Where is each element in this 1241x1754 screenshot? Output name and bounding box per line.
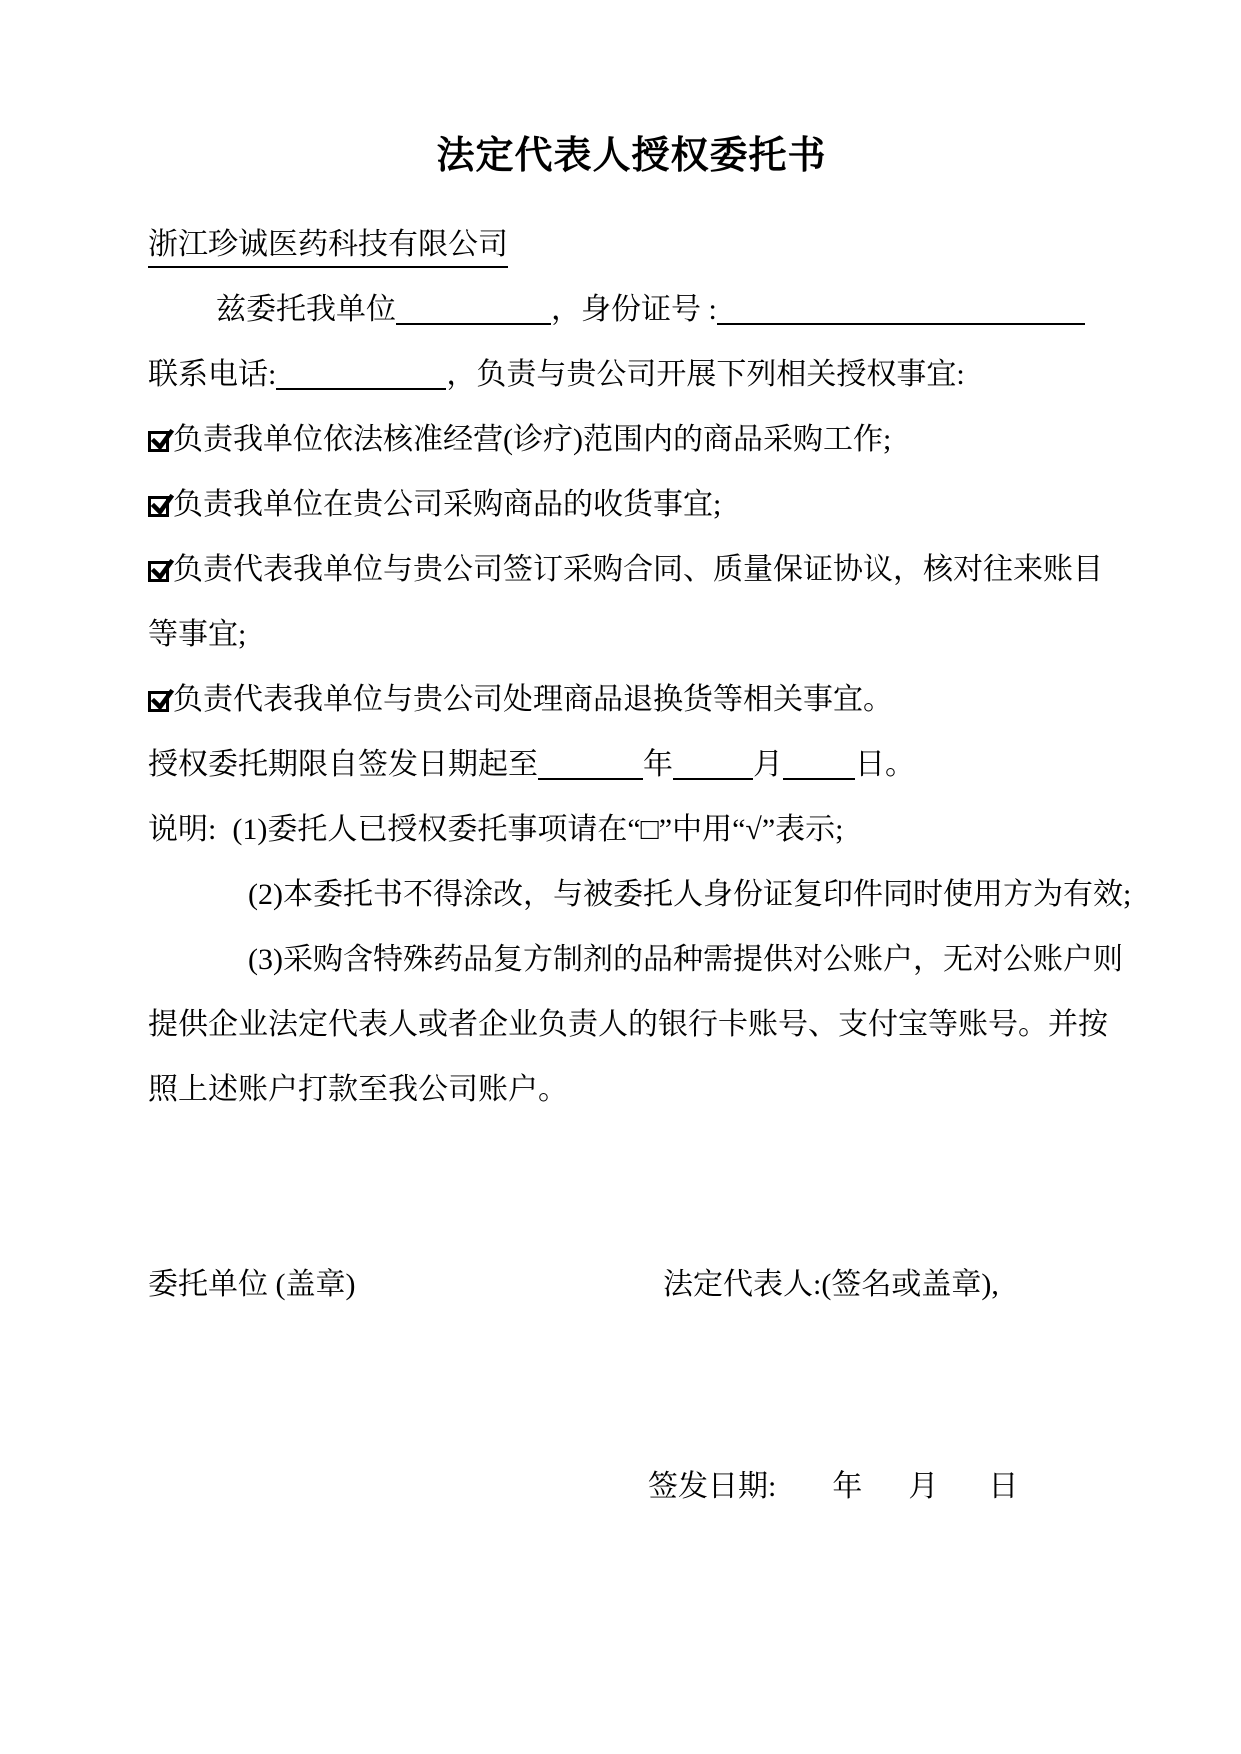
issue-date-row: 签发日期:年月日 xyxy=(148,1454,1115,1519)
issue-date-label: 签发日期: xyxy=(648,1470,776,1503)
document-page: 法定代表人授权委托书 浙江珍诚医药科技有限公司 兹委托我单位，身份证号 : 联系… xyxy=(0,0,1241,1754)
phone-blank[interactable] xyxy=(276,360,446,390)
company-name-line: 浙江珍诚医药科技有限公司 xyxy=(148,212,1115,277)
issue-day-label: 日 xyxy=(988,1470,1018,1503)
issue-year-label: 年 xyxy=(832,1470,862,1503)
validity-prefix-label: 授权委托期限自签发日期起至 xyxy=(148,748,538,781)
issue-month-label: 月 xyxy=(908,1470,938,1503)
document-title: 法定代表人授权委托书 xyxy=(148,132,1115,180)
authorization-item-1: 负责我单位依法核准经营(诊疗)范围内的商品采购工作; xyxy=(148,407,1115,472)
checkmark-icon xyxy=(149,428,175,454)
year-blank[interactable] xyxy=(538,750,643,780)
authorization-item-text: 负责我单位在贵公司采购商品的收货事宜; xyxy=(173,488,721,521)
checkmark-icon xyxy=(149,688,175,714)
checked-checkbox-icon[interactable] xyxy=(148,431,169,452)
notes-line-3-continuation-1: 提供企业法定代表人或者企业负责人的银行卡账号、支付宝等账号。并按 xyxy=(148,992,1115,1057)
entrust-unit-seal-label: 委托单位 (盖章) xyxy=(148,1252,663,1317)
notes-line-3: (3)采购含特殊药品复方制剂的品种需提供对公账户，无对公账户则 xyxy=(148,927,1115,992)
id-number-blank[interactable] xyxy=(717,295,1085,325)
day-blank[interactable] xyxy=(783,750,855,780)
notes-line-1: 说明:(1)委托人已授权委托事项请在“□”中用“√”表示; xyxy=(148,797,1115,862)
checkmark-icon xyxy=(149,558,175,584)
note-3-text: 照上述账户打款至我公司账户。 xyxy=(148,1073,568,1106)
note-2-text: (2)本委托书不得涂改，与被委托人身份证复印件同时使用方为有效; xyxy=(248,878,1131,911)
blank-space xyxy=(148,1317,1115,1454)
validity-period-line: 授权委托期限自签发日期起至年月日。 xyxy=(148,732,1115,797)
authorization-item-text: 负责我单位依法核准经营(诊疗)范围内的商品采购工作; xyxy=(173,423,891,456)
authorization-item-2: 负责我单位在贵公司采购商品的收货事宜; xyxy=(148,472,1115,537)
blank-space xyxy=(148,1122,1115,1252)
authorization-item-text: 等事宜; xyxy=(148,618,246,651)
note-3-text: (3)采购含特殊药品复方制剂的品种需提供对公账户，无对公账户则 xyxy=(248,943,1123,976)
notes-line-2: (2)本委托书不得涂改，与被委托人身份证复印件同时使用方为有效; xyxy=(148,862,1115,927)
authorization-item-3-continuation: 等事宜; xyxy=(148,602,1115,667)
checked-checkbox-icon[interactable] xyxy=(148,496,169,517)
legal-representative-sign-label: 法定代表人:(签名或盖章), xyxy=(663,1252,999,1317)
id-number-label: ，身份证号 : xyxy=(551,293,717,326)
month-label: 月 xyxy=(753,748,783,781)
authorization-item-3: 负责代表我单位与贵公司签订采购合同、质量保证协议，核对往来账目 xyxy=(148,537,1115,602)
month-blank[interactable] xyxy=(673,750,753,780)
signature-row: 委托单位 (盖章) 法定代表人:(签名或盖章), xyxy=(148,1252,1115,1317)
year-label: 年 xyxy=(643,748,673,781)
notes-label: 说明: xyxy=(148,813,216,846)
note-3-text: 提供企业法定代表人或者企业负责人的银行卡账号、支付宝等账号。并按 xyxy=(148,1008,1108,1041)
phone-label: 联系电话: xyxy=(148,358,276,391)
company-name: 浙江珍诚医药科技有限公司 xyxy=(148,227,508,268)
entrusted-person-blank[interactable] xyxy=(396,295,551,325)
authorization-item-text: 负责代表我单位与贵公司处理商品退换货等相关事宜。 xyxy=(173,683,893,716)
document-body: 浙江珍诚医药科技有限公司 兹委托我单位，身份证号 : 联系电话:，负责与贵公司开… xyxy=(148,212,1115,1519)
checked-checkbox-icon[interactable] xyxy=(148,691,169,712)
phone-suffix-label: ，负责与贵公司开展下列相关授权事宜: xyxy=(446,358,964,391)
authorization-item-text: 负责代表我单位与贵公司签订采购合同、质量保证协议，核对往来账目 xyxy=(173,553,1103,586)
checked-checkbox-icon[interactable] xyxy=(148,561,169,582)
checkmark-icon xyxy=(149,493,175,519)
authorization-item-4: 负责代表我单位与贵公司处理商品退换货等相关事宜。 xyxy=(148,667,1115,732)
day-label: 日。 xyxy=(855,748,915,781)
entrust-prefix-label: 兹委托我单位 xyxy=(216,293,396,326)
note-1-text: (1)委托人已授权委托事项请在“□”中用“√”表示; xyxy=(232,813,843,846)
notes-line-3-continuation-2: 照上述账户打款至我公司账户。 xyxy=(148,1057,1115,1122)
entrust-line: 兹委托我单位，身份证号 : xyxy=(148,277,1115,342)
phone-line: 联系电话:，负责与贵公司开展下列相关授权事宜: xyxy=(148,342,1115,407)
